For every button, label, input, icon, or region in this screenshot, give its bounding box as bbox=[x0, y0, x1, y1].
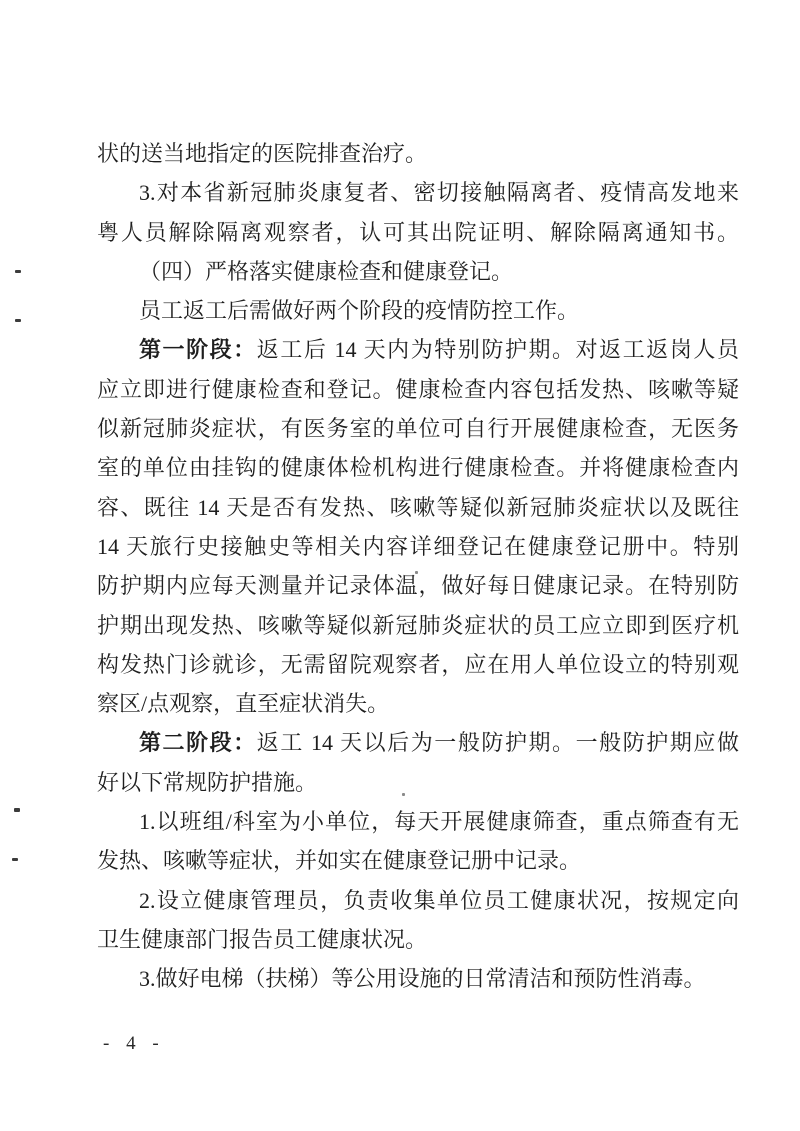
line-text: （四）严格落实健康检查和健康登记。 bbox=[139, 259, 513, 284]
line-text: 员工返工后需做好两个阶段的疫情防控工作。 bbox=[139, 298, 579, 323]
text-line: 14 天旅行史接触史等相关内容详细登记在健康登记册中。特别 bbox=[97, 527, 739, 566]
text-line: 粤人员解除隔离观察者，认可其出院证明、解除隔离通知书。 bbox=[97, 213, 739, 252]
text-line: 室的单位由挂钩的健康体检机构进行健康检查。并将健康检查内 bbox=[97, 448, 739, 487]
text-line: 员工返工后需做好两个阶段的疫情防控工作。 bbox=[97, 291, 739, 330]
scan-speck bbox=[15, 270, 21, 273]
line-text: 粤人员解除隔离观察者，认可其出院证明、解除隔离通知书。 bbox=[97, 220, 739, 245]
scan-speck bbox=[15, 319, 21, 322]
text-line: 发热、咳嗽等症状，并如实在健康登记册中记录。 bbox=[97, 841, 739, 880]
line-text: 状的送当地指定的医院排查治疗。 bbox=[97, 141, 427, 166]
text-line: 构发热门诊就诊，无需留院观察者，应在用人单位设立的特别观 bbox=[97, 645, 739, 684]
scan-speck bbox=[14, 808, 20, 812]
line-text: 2.设立健康管理员，负责收集单位员工健康状况，按规定向 bbox=[139, 888, 739, 913]
line-text: 防护期内应每天测量并记录体温，做好每日健康记录。在特别防 bbox=[97, 573, 739, 598]
line-text: 构发热门诊就诊，无需留院观察者，应在用人单位设立的特别观 bbox=[97, 652, 739, 677]
line-text: 室的单位由挂钩的健康体检机构进行健康检查。并将健康检查内 bbox=[97, 455, 739, 480]
line-text: 返工 14 天以后为一般防护期。一般防护期应做 bbox=[257, 730, 739, 755]
text-line: 容、既往 14 天是否有发热、咳嗽等疑似新冠肺炎症状以及既往 bbox=[97, 488, 739, 527]
text-line: 防护期内应每天测量并记录体温，做好每日健康记录。在特别防 bbox=[97, 566, 739, 605]
line-text: 1.以班组/科室为小单位，每天开展健康筛查，重点筛查有无 bbox=[139, 809, 739, 834]
line-text: 容、既往 14 天是否有发热、咳嗽等疑似新冠肺炎症状以及既往 bbox=[97, 495, 739, 520]
text-line: 护期出现发热、咳嗽等疑似新冠肺炎症状的员工应立即到医疗机 bbox=[97, 606, 739, 645]
text-line: 第一阶段：返工后 14 天内为特别防护期。对返工返岗人员 bbox=[97, 330, 739, 369]
line-text: 3.做好电梯（扶梯）等公用设施的日常清洁和预防性消毒。 bbox=[139, 966, 706, 991]
line-text: 返工后 14 天内为特别防护期。对返工返岗人员 bbox=[257, 337, 739, 362]
text-line: 状的送当地指定的医院排查治疗。 bbox=[97, 134, 739, 173]
line-text: 好以下常规防护措施。 bbox=[97, 770, 317, 795]
text-line: 2.设立健康管理员，负责收集单位员工健康状况，按规定向 bbox=[97, 881, 739, 920]
text-line: （四）严格落实健康检查和健康登记。 bbox=[97, 252, 739, 291]
line-text: 护期出现发热、咳嗽等疑似新冠肺炎症状的员工应立即到医疗机 bbox=[97, 613, 739, 638]
line-text: 卫生健康部门报告员工健康状况。 bbox=[97, 927, 427, 952]
text-line: 察区/点观察，直至症状消失。 bbox=[97, 684, 739, 723]
line-text: 3.对本省新冠肺炎康复者、密切接触隔离者、疫情高发地来 bbox=[139, 180, 739, 205]
text-line: 卫生健康部门报告员工健康状况。 bbox=[97, 920, 739, 959]
line-text: 察区/点观察，直至症状消失。 bbox=[97, 691, 389, 716]
paragraph-head-bold: 第一阶段： bbox=[139, 337, 257, 362]
scan-speck bbox=[12, 858, 18, 861]
line-text: 似新冠肺炎症状，有医务室的单位可自行开展健康检查，无医务 bbox=[97, 416, 739, 441]
line-text: 应立即进行健康检查和登记。健康检查内容包括发热、咳嗽等疑 bbox=[97, 377, 739, 402]
text-line: 第二阶段：返工 14 天以后为一般防护期。一般防护期应做 bbox=[97, 723, 739, 762]
text-line: 应立即进行健康检查和登记。健康检查内容包括发热、咳嗽等疑 bbox=[97, 370, 739, 409]
text-line: 似新冠肺炎症状，有医务室的单位可自行开展健康检查，无医务 bbox=[97, 409, 739, 448]
text-line: 好以下常规防护措施。 bbox=[97, 763, 739, 802]
scan-speck bbox=[402, 793, 405, 796]
text-line: 1.以班组/科室为小单位，每天开展健康筛查，重点筛查有无 bbox=[97, 802, 739, 841]
scan-speck bbox=[415, 571, 418, 574]
text-line: 3.做好电梯（扶梯）等公用设施的日常清洁和预防性消毒。 bbox=[97, 959, 739, 998]
line-text: 14 天旅行史接触史等相关内容详细登记在健康登记册中。特别 bbox=[97, 534, 739, 559]
paragraph-head-bold: 第二阶段： bbox=[139, 730, 257, 755]
text-line: 3.对本省新冠肺炎康复者、密切接触隔离者、疫情高发地来 bbox=[97, 173, 739, 212]
line-text: 发热、咳嗽等症状，并如实在健康登记册中记录。 bbox=[97, 848, 581, 873]
document-body: 状的送当地指定的医院排查治疗。3.对本省新冠肺炎康复者、密切接触隔离者、疫情高发… bbox=[97, 134, 739, 999]
page-number: - 4 - bbox=[103, 1033, 165, 1055]
document-page: 状的送当地指定的医院排查治疗。3.对本省新冠肺炎康复者、密切接触隔离者、疫情高发… bbox=[0, 0, 800, 1131]
